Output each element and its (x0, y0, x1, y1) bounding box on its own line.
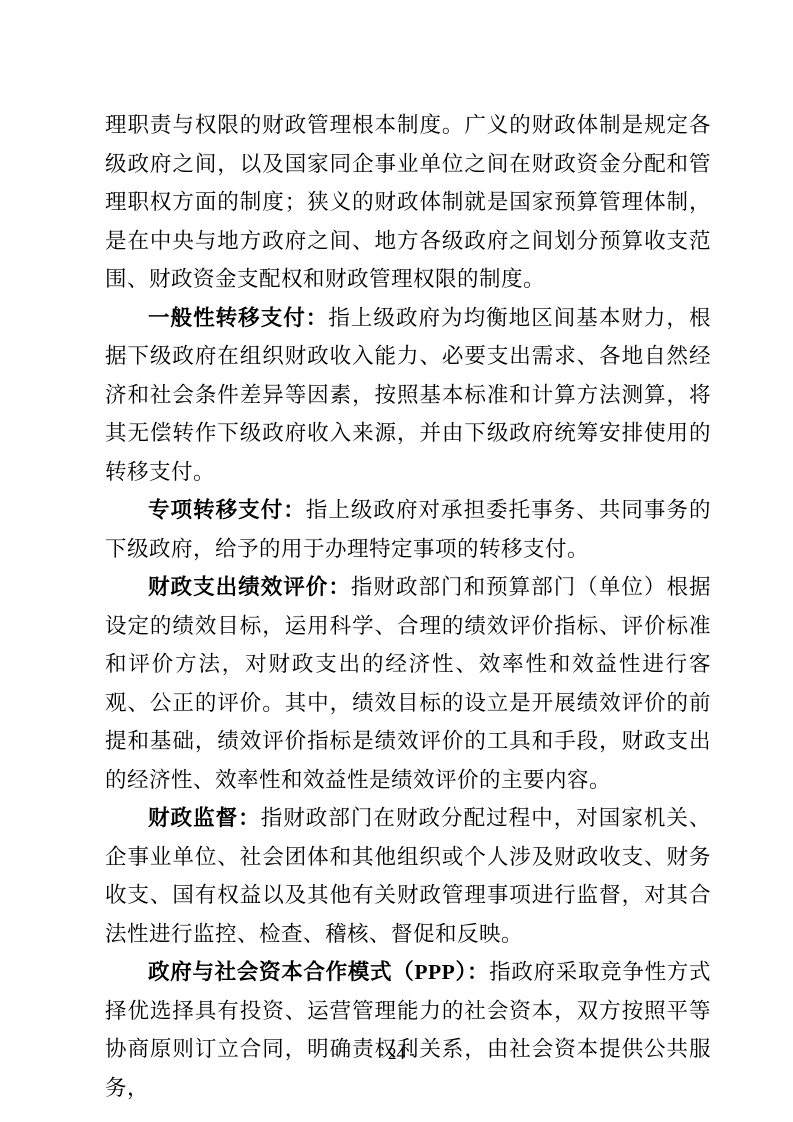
paragraph: 财政支出绩效评价：指财政部门和预算部门（单位）根据设定的绩效目标，运用科学、合理… (105, 568, 711, 799)
term-label: 财政支出绩效评价： (148, 575, 351, 599)
document-page: 理职责与权限的财政管理根本制度。广义的财政体制是规定各级政府之间，以及国家同企事… (0, 0, 793, 1122)
paragraph: 一般性转移支付：指上级政府为均衡地区间基本财力，根据下级政府在组织财政收入能力、… (105, 299, 711, 492)
paragraph-text: 指上级政府为均衡地区间基本财力，根据下级政府在组织财政收入能力、必要支出需求、各… (105, 306, 711, 484)
page-body-text: 理职责与权限的财政管理根本制度。广义的财政体制是规定各级政府之间，以及国家同企事… (105, 106, 711, 1107)
term-label: 财政监督： (148, 806, 261, 830)
paragraph: 理职责与权限的财政管理根本制度。广义的财政体制是规定各级政府之间，以及国家同企事… (105, 106, 711, 299)
paragraph: 政府与社会资本合作模式（PPP）：指政府采取竞争性方式择优选择具有投资、运营管理… (105, 953, 711, 1107)
term-label: 专项转移支付： (148, 498, 306, 522)
term-label: 政府与社会资本合作模式（PPP）： (148, 960, 489, 984)
paragraph-text: 指财政部门和预算部门（单位）根据设定的绩效目标，运用科学、合理的绩效评价指标、评… (105, 575, 711, 792)
page-number: - 24 - (0, 1042, 793, 1066)
paragraph: 专项转移支付：指上级政府对承担委托事务、共同事务的下级政府，给予的用于办理特定事… (105, 491, 711, 568)
paragraph-text: 理职责与权限的财政管理根本制度。广义的财政体制是规定各级政府之间，以及国家同企事… (105, 113, 711, 291)
paragraph: 财政监督：指财政部门在财政分配过程中，对国家机关、企事业单位、社会团体和其他组织… (105, 799, 711, 953)
term-label: 一般性转移支付： (148, 306, 328, 330)
